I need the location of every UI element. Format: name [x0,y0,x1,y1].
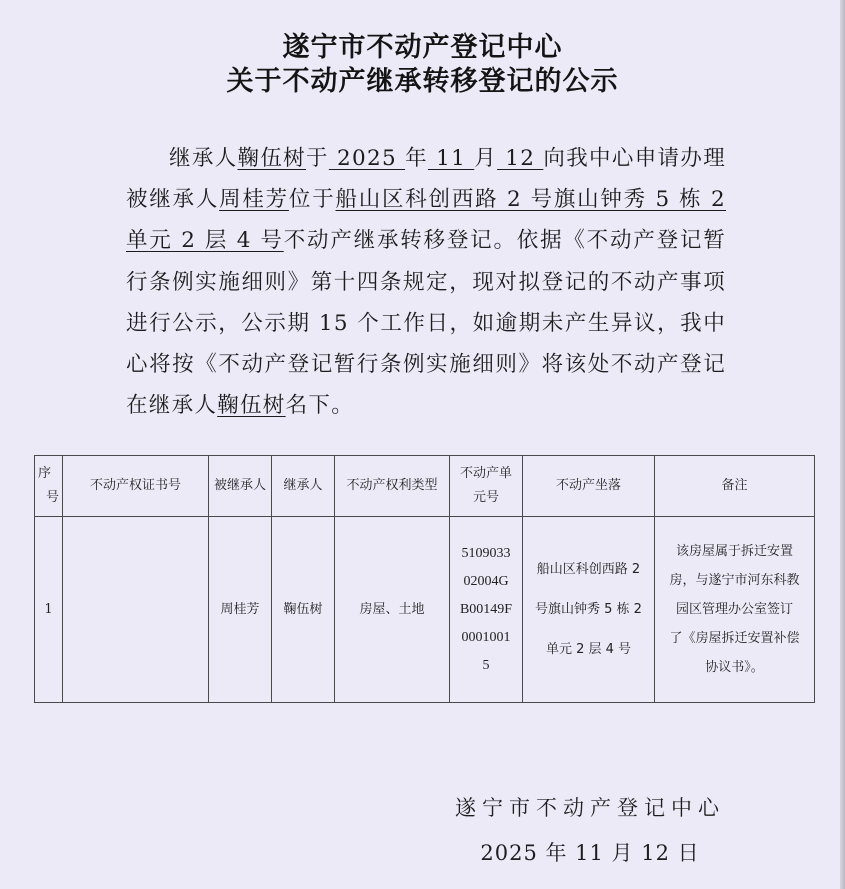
application-year: 2025 [329,146,405,171]
header-right-type: 不动产权利类型 [335,456,450,517]
notice-body: 继承人鞠伍树于 2025 年 11 月 12 向我中心申请办理被继承人周桂芳位于… [126,138,726,426]
header-serial-line1: 序 [35,462,62,486]
body-text-segment: 月 [474,146,497,171]
heir-name: 鞠伍树 [238,146,307,171]
remarks-line: 该房屋属于拆迁安置 [659,537,810,566]
page-edge-shadow [840,0,845,889]
cell-heir: 鞠伍树 [272,517,335,703]
notice-title-line1: 遂宁市不动产登记中心 [0,30,845,66]
location-line: 船山区科创西路 2 [529,550,648,590]
signature-date: 2025 年 11 月 12 日 [430,837,750,867]
registration-table: 序号 不动产权证书号 被继承人 继承人 不动产权利类型 不动产单元号 不动产坐落… [34,455,815,703]
unit-no-line: 5 [450,652,522,680]
unit-no-line: 0001001 [450,624,522,652]
header-location: 不动产坐落 [523,456,655,517]
table-header-row: 序号 不动产权证书号 被继承人 继承人 不动产权利类型 不动产单元号 不动产坐落… [35,456,815,517]
cell-decedent: 周桂芳 [209,517,272,703]
header-decedent: 被继承人 [209,456,272,517]
body-text-segment: 不动产继承转移登记。依据《不动产登记暂行条例实施细则》第十四条规定，现对拟登记的… [126,228,726,418]
remarks-line: 园区管理办公室签订 [659,595,810,624]
cell-remarks: 该房屋属于拆迁安置 房，与遂宁市河东科教 园区管理办公室签订 了《房屋拆迁安置补… [655,517,815,703]
body-text-segment: 继承人 [169,146,238,171]
cell-location: 船山区科创西路 2 号旗山钟秀 5 栋 2 单元 2 层 4 号 [523,517,655,703]
body-text-segment: 于 [306,146,329,171]
cell-right-type: 房屋、土地 [335,517,450,703]
header-serial-line2: 号 [35,486,62,510]
header-unit-no-line1: 不动产单 [450,462,522,486]
cell-unit-no: 5109033 02004G B00149F 0001001 5 [450,517,523,703]
cell-cert-no [63,517,209,703]
body-text-segment: 名下。 [286,393,354,418]
remarks-line: 协议书》。 [659,653,810,682]
body-text-segment: 位于 [289,187,336,212]
signature-organization: 遂宁市不动产登记中心 [430,792,750,822]
application-month: 11 [428,146,474,171]
location-line: 单元 2 层 4 号 [529,630,648,670]
unit-no-line: 5109033 [450,540,522,568]
header-unit-no: 不动产单元号 [450,456,523,517]
header-serial: 序号 [35,456,63,517]
application-day: 12 [497,146,543,171]
unit-no-line: B00149F [450,596,522,624]
location-line: 号旗山钟秀 5 栋 2 [529,590,648,630]
notice-paragraph: 继承人鞠伍树于 2025 年 11 月 12 向我中心申请办理被继承人周桂芳位于… [126,138,726,426]
heir-name-again: 鞠伍树 [217,393,285,418]
header-unit-no-line2: 元号 [450,486,522,510]
remarks-line: 房，与遂宁市河东科教 [659,566,810,595]
decedent-name: 周桂芳 [219,187,289,212]
header-remarks: 备注 [655,456,815,517]
remarks-line: 了《房屋拆迁安置补偿 [659,624,810,653]
table-row: 1 周桂芳 鞠伍树 房屋、土地 5109033 02004G B00149F 0… [35,517,815,703]
unit-no-line: 02004G [450,568,522,596]
body-text-segment: 年 [405,146,428,171]
notice-title-line2: 关于不动产继承转移登记的公示 [0,64,845,100]
cell-serial: 1 [35,517,63,703]
header-heir: 继承人 [272,456,335,517]
header-cert-no: 不动产权证书号 [63,456,209,517]
